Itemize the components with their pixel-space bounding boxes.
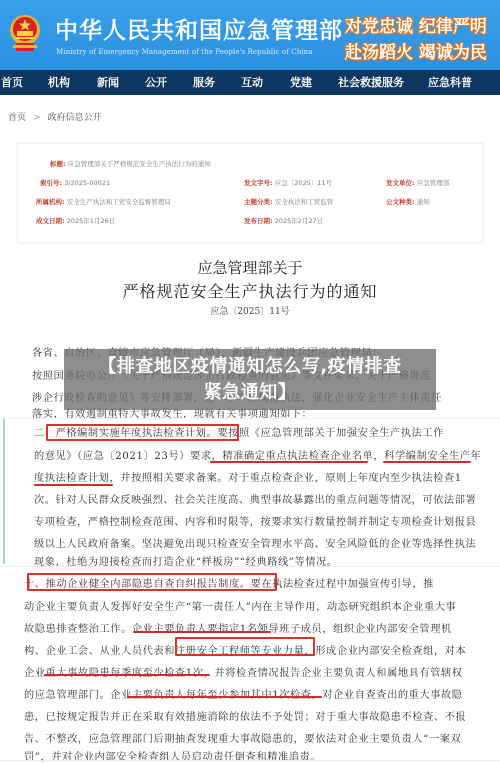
nav-item-interaction[interactable]: 互动 xyxy=(241,70,263,95)
document-meta-card: 标题: 应急管理部关于严格规范安全生产执法行为的通知 索引号: 3/2025-0… xyxy=(17,143,483,243)
nav-item-party[interactable]: 党建 xyxy=(290,70,312,95)
underline-designate-leader xyxy=(133,631,271,633)
underline-quarterly-inspection xyxy=(44,674,210,676)
document-number: 应急〔2025〕11号 xyxy=(0,304,500,317)
meta-doc-number-value: 应急〔2025〕11号 xyxy=(275,179,332,187)
section-2-line: 次。针对人民群众反映强烈、社会关注度高、典型事故暴露出的重点问题等情况，可依法部… xyxy=(34,491,476,506)
meta-written-date-label: 成文日期: xyxy=(36,217,65,225)
meta-organization: 所属机构: 安全生产执法和工贸安全监督管理局 xyxy=(36,197,171,206)
section-2-line: 度执法检查计划，并按照相关要求备案。对于重点检查企业，原则上年度内至少执法检查1 xyxy=(34,469,462,484)
nav-item-home[interactable]: 首页 xyxy=(1,70,23,95)
underline-annual-participation xyxy=(127,696,322,698)
nav-item-public[interactable]: 公开 xyxy=(145,70,167,95)
section-10-line: 患，已按规定报告并正在采取有效措施消除的依法不予处罚；对于重大事故隐患不检查、不… xyxy=(24,708,466,723)
caption-overlay-line-2: 紧急通知】 xyxy=(64,378,436,404)
main-nav: 首页 机构 新闻 公开 服务 互动 党建 社会救援服务 应急科普 xyxy=(0,70,500,95)
meta-topic-label: 主题分类: xyxy=(244,198,273,206)
underline-key-enterprise-list xyxy=(210,461,368,463)
meta-published-date: 发布日期: 2025年2月27日 xyxy=(244,216,323,225)
meta-issuer: 发文单位: 应急管理部 xyxy=(386,178,449,187)
meta-title: 标题: 应急管理部关于严格规范安全生产执法行为的通知 xyxy=(50,159,211,168)
nav-item-organization[interactable]: 机构 xyxy=(48,70,70,95)
breadcrumb-current[interactable]: 政府信息公开 xyxy=(48,113,102,123)
section-10-line: 告、不整改，应急管理部门后期抽查发现重大事故隐患的，要依法对企业主要负责人“一案… xyxy=(24,730,461,745)
meta-index-label: 索引号: xyxy=(40,179,62,187)
site-title[interactable]: 中华人民共和国应急管理部 xyxy=(55,12,343,45)
highlight-box-registered-engineers xyxy=(175,637,315,656)
document-title-line-2: 严格规范安全生产执法行为的通知 xyxy=(0,279,500,302)
meta-index-value: 3/2025-00021 xyxy=(64,179,110,187)
meta-published-date-value: 2025年2月27日 xyxy=(275,217,323,225)
meta-issuer-value: 应急管理部 xyxy=(417,179,450,187)
highlight-box-section-2-heading xyxy=(46,424,239,441)
underline-annual-plan-a xyxy=(383,461,471,463)
meta-written-date-value: 2025年1月26日 xyxy=(67,217,115,225)
slogan-line-2: 赴汤蹈火 竭诚为民 xyxy=(345,38,487,63)
breadcrumb-separator: > xyxy=(33,113,41,123)
section-2-line: 级以上人民政府备案。坚决避免出现只检查安全管理水平高、安全风险低的企业等选择性执… xyxy=(34,535,476,550)
site-subtitle: Ministry of Emergency Management of the … xyxy=(56,48,313,56)
breadcrumb: 首页>政府信息公开 xyxy=(8,110,102,123)
meta-written-date: 成文日期: 2025年1月26日 xyxy=(36,216,115,225)
caption-overlay-line-1: 【排查地区疫情通知怎么写,疫情排查 xyxy=(64,352,436,378)
meta-doc-type: 公文种类: 通知 xyxy=(386,197,430,206)
meta-issuer-label: 发文单位: xyxy=(386,179,415,187)
meta-topic: 主题分类: 安全执法和工贸监管 xyxy=(244,197,333,206)
highlight-box-section-10-heading xyxy=(27,573,277,591)
meta-title-label: 标题: xyxy=(50,160,66,168)
section-10-line: 的应急管理部门。企业主要负责人每年至少参加其中1次检查。对企业自查查出的重大事故… xyxy=(24,686,463,701)
underline-annual-plan-b xyxy=(34,484,113,486)
nav-item-services[interactable]: 服务 xyxy=(193,70,215,95)
meta-doc-type-value: 通知 xyxy=(417,198,430,206)
section-2-line: 的意见》（应急〔2021〕23号）要求，精准确定重点执法检查企业名单，科学编制安… xyxy=(34,447,481,462)
meta-organization-label: 所属机构: xyxy=(36,198,65,206)
section-10-line: 动企业主要负责人发挥好安全生产“第一责任人”内在主导作用，动态研究组织本企业重大… xyxy=(24,598,456,613)
nav-item-emergency-science[interactable]: 应急科普 xyxy=(428,70,472,95)
divider xyxy=(0,760,500,761)
meta-doc-number-label: 发文字号: xyxy=(244,179,273,187)
section-10-line: 企业重大事故隐患每季度至少检查1次，并将检查情况报告企业主要负责人和属地具有管辖… xyxy=(24,664,463,679)
nav-item-rescue-services[interactable]: 社会救援服务 xyxy=(338,70,404,95)
section-2-line: 专项检查，严格控制检查范围、内容和时限等，按要求实行数量控制并制定专项检查计划报… xyxy=(34,513,476,528)
meta-published-date-label: 发布日期: xyxy=(244,217,273,225)
nav-item-news[interactable]: 新闻 xyxy=(97,70,119,95)
divider xyxy=(0,566,500,567)
document-title-line-1: 应急管理部关于 xyxy=(0,257,500,278)
national-emblem-icon[interactable] xyxy=(7,13,43,55)
slogan-line-1: 对党忠诚 纪律严明 xyxy=(345,12,487,37)
meta-doc-number: 发文字号: 应急〔2025〕11号 xyxy=(244,178,332,187)
meta-doc-type-label: 公文种类: xyxy=(386,198,415,206)
breadcrumb-home[interactable]: 首页 xyxy=(8,113,26,123)
site-header-banner: 中华人民共和国应急管理部 Ministry of Emergency Manag… xyxy=(0,0,500,70)
meta-organization-value: 安全生产执法和工贸安全监督管理局 xyxy=(67,198,171,206)
meta-title-value: 应急管理部关于严格规范安全生产执法行为的通知 xyxy=(68,160,211,168)
meta-topic-value: 安全执法和工贸监管 xyxy=(275,198,334,206)
meta-index: 索引号: 3/2025-00021 xyxy=(40,178,110,187)
